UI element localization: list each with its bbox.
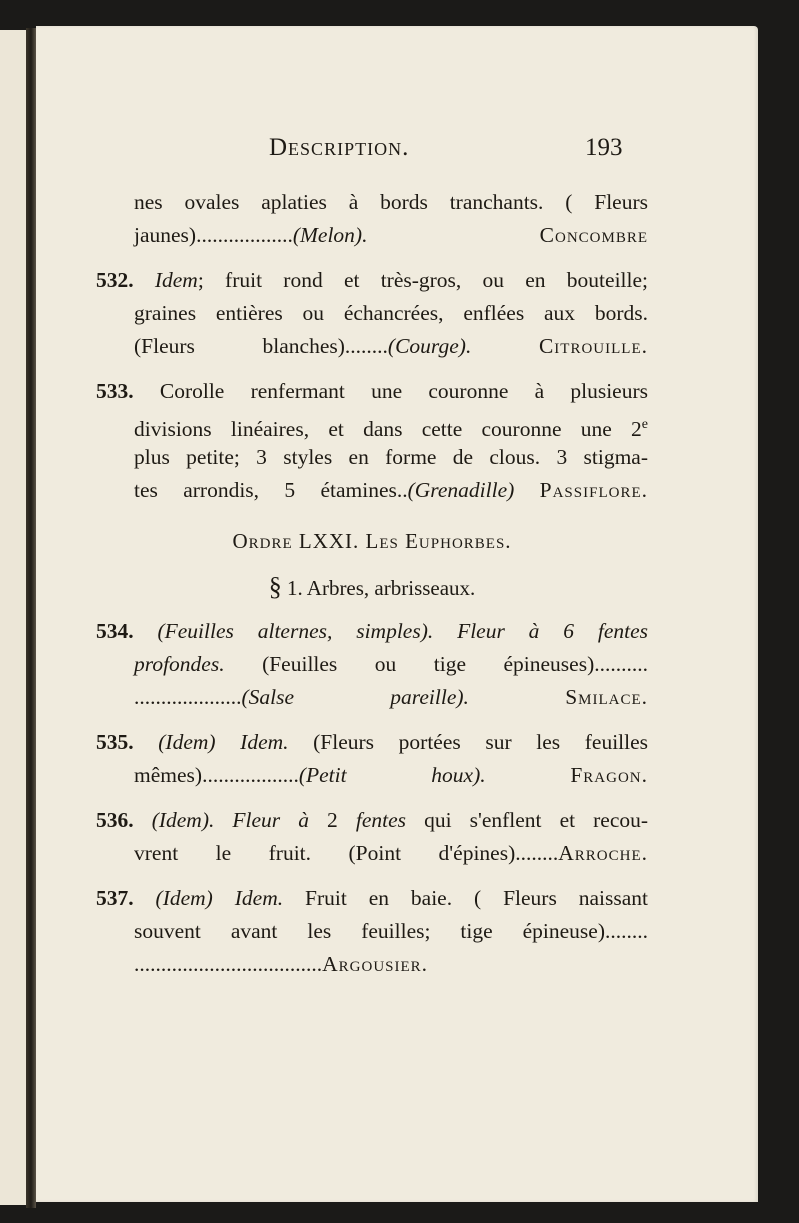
text-line: 534. (Feuilles alternes, simples). Fleur… <box>96 615 648 648</box>
genus-name: Arroche. <box>558 841 648 865</box>
common-name: (Grenadille) <box>408 478 515 502</box>
entry-534: 534. (Feuilles alternes, simples). Fleur… <box>96 615 648 714</box>
section-sign-icon: § <box>269 572 282 601</box>
book-gutter <box>26 28 36 1208</box>
genus-name: Fragon. <box>570 763 648 787</box>
running-title: Description. <box>269 134 409 162</box>
text-line: 535. (Idem) Idem. (Fleurs portées sur le… <box>96 726 648 759</box>
page-header: Description. 193 <box>36 128 758 168</box>
entry-number: 532. <box>96 268 134 292</box>
order-heading: Ordre LXXI. Les Euphorbes. <box>96 525 648 558</box>
text-line: nes ovales aplaties à bords tranchants. … <box>96 186 648 219</box>
entry-536: 536. (Idem). Fleur à 2 fentes qui s'enfl… <box>96 804 648 870</box>
text-line: 536. (Idem). Fleur à 2 fentes qui s'enfl… <box>96 804 648 837</box>
text-line: tes arrondis, 5 étamines..(Grenadille) P… <box>96 474 648 507</box>
leader-dots: .................. <box>202 763 299 787</box>
entry-533: 533. Corolle renfermant une couronne à p… <box>96 375 648 507</box>
entry-number: 533. <box>96 379 134 403</box>
text-line: 533. Corolle renfermant une couronne à p… <box>96 375 648 408</box>
entry-number: 536. <box>96 808 134 832</box>
text-line: vrent le fruit. (Point d'épines)........… <box>96 837 648 870</box>
common-name: (Salse pareille). <box>242 685 469 709</box>
facing-page-edge <box>0 30 27 1205</box>
leader-dots: .................... <box>134 685 242 709</box>
book-page: Description. 193 nes ovales aplaties à b… <box>36 26 758 1202</box>
text-line: 537. (Idem) Idem. Fruit en baie. ( Fleur… <box>96 882 648 915</box>
entry-532: 532. Idem; fruit rond et très-gros, ou e… <box>96 264 648 363</box>
common-name: (Petit houx). <box>299 763 486 787</box>
text-line: graines entières ou échancrées, enflées … <box>96 297 648 330</box>
entry-537: 537. (Idem) Idem. Fruit en baie. ( Fleur… <box>96 882 648 981</box>
genus-name: Argousier. <box>322 952 428 976</box>
entry-531-continuation: nes ovales aplaties à bords tranchants. … <box>96 186 648 252</box>
entry-535: 535. (Idem) Idem. (Fleurs portées sur le… <box>96 726 648 792</box>
genus-name: Passiflore. <box>540 478 648 502</box>
common-name: (Courge). <box>388 334 471 358</box>
leader-dots: ........ <box>345 334 388 358</box>
entry-number: 534. <box>96 619 134 643</box>
page-body: nes ovales aplaties à bords tranchants. … <box>96 186 648 981</box>
text-line: souvent avant les feuilles; tige épineus… <box>96 915 648 948</box>
text-line: plus petite; 3 styles en forme de clous.… <box>96 441 648 474</box>
genus-name: Citrouille. <box>539 334 648 358</box>
text-line: jaunes)..................(Melon). Concom… <box>96 219 648 252</box>
entry-number: 537. <box>96 886 134 910</box>
genus-name: Concombre <box>540 223 648 247</box>
entry-number: 535. <box>96 730 134 754</box>
common-name: (Melon). <box>293 223 368 247</box>
text-line: ...................................Argou… <box>96 948 648 981</box>
text-line: (Fleurs blanches)........(Courge). Citro… <box>96 330 648 363</box>
text-line: mêmes)..................(Petit houx). Fr… <box>96 759 648 792</box>
section-heading: § 1. Arbres, arbrisseaux. <box>96 570 648 603</box>
leader-dots: ................................... <box>134 952 322 976</box>
text-line: profondes. (Feuilles ou tige épineuses).… <box>96 648 648 681</box>
page-number: 193 <box>585 134 623 162</box>
text-line: divisions linéaires, et dans cette couro… <box>96 408 648 441</box>
leader-dots: ........ <box>515 841 558 865</box>
genus-name: Smilace. <box>565 685 648 709</box>
text-line: ....................(Salse pareille). Sm… <box>96 681 648 714</box>
leader-dots: .................. <box>196 223 293 247</box>
text-line: 532. Idem; fruit rond et très-gros, ou e… <box>96 264 648 297</box>
